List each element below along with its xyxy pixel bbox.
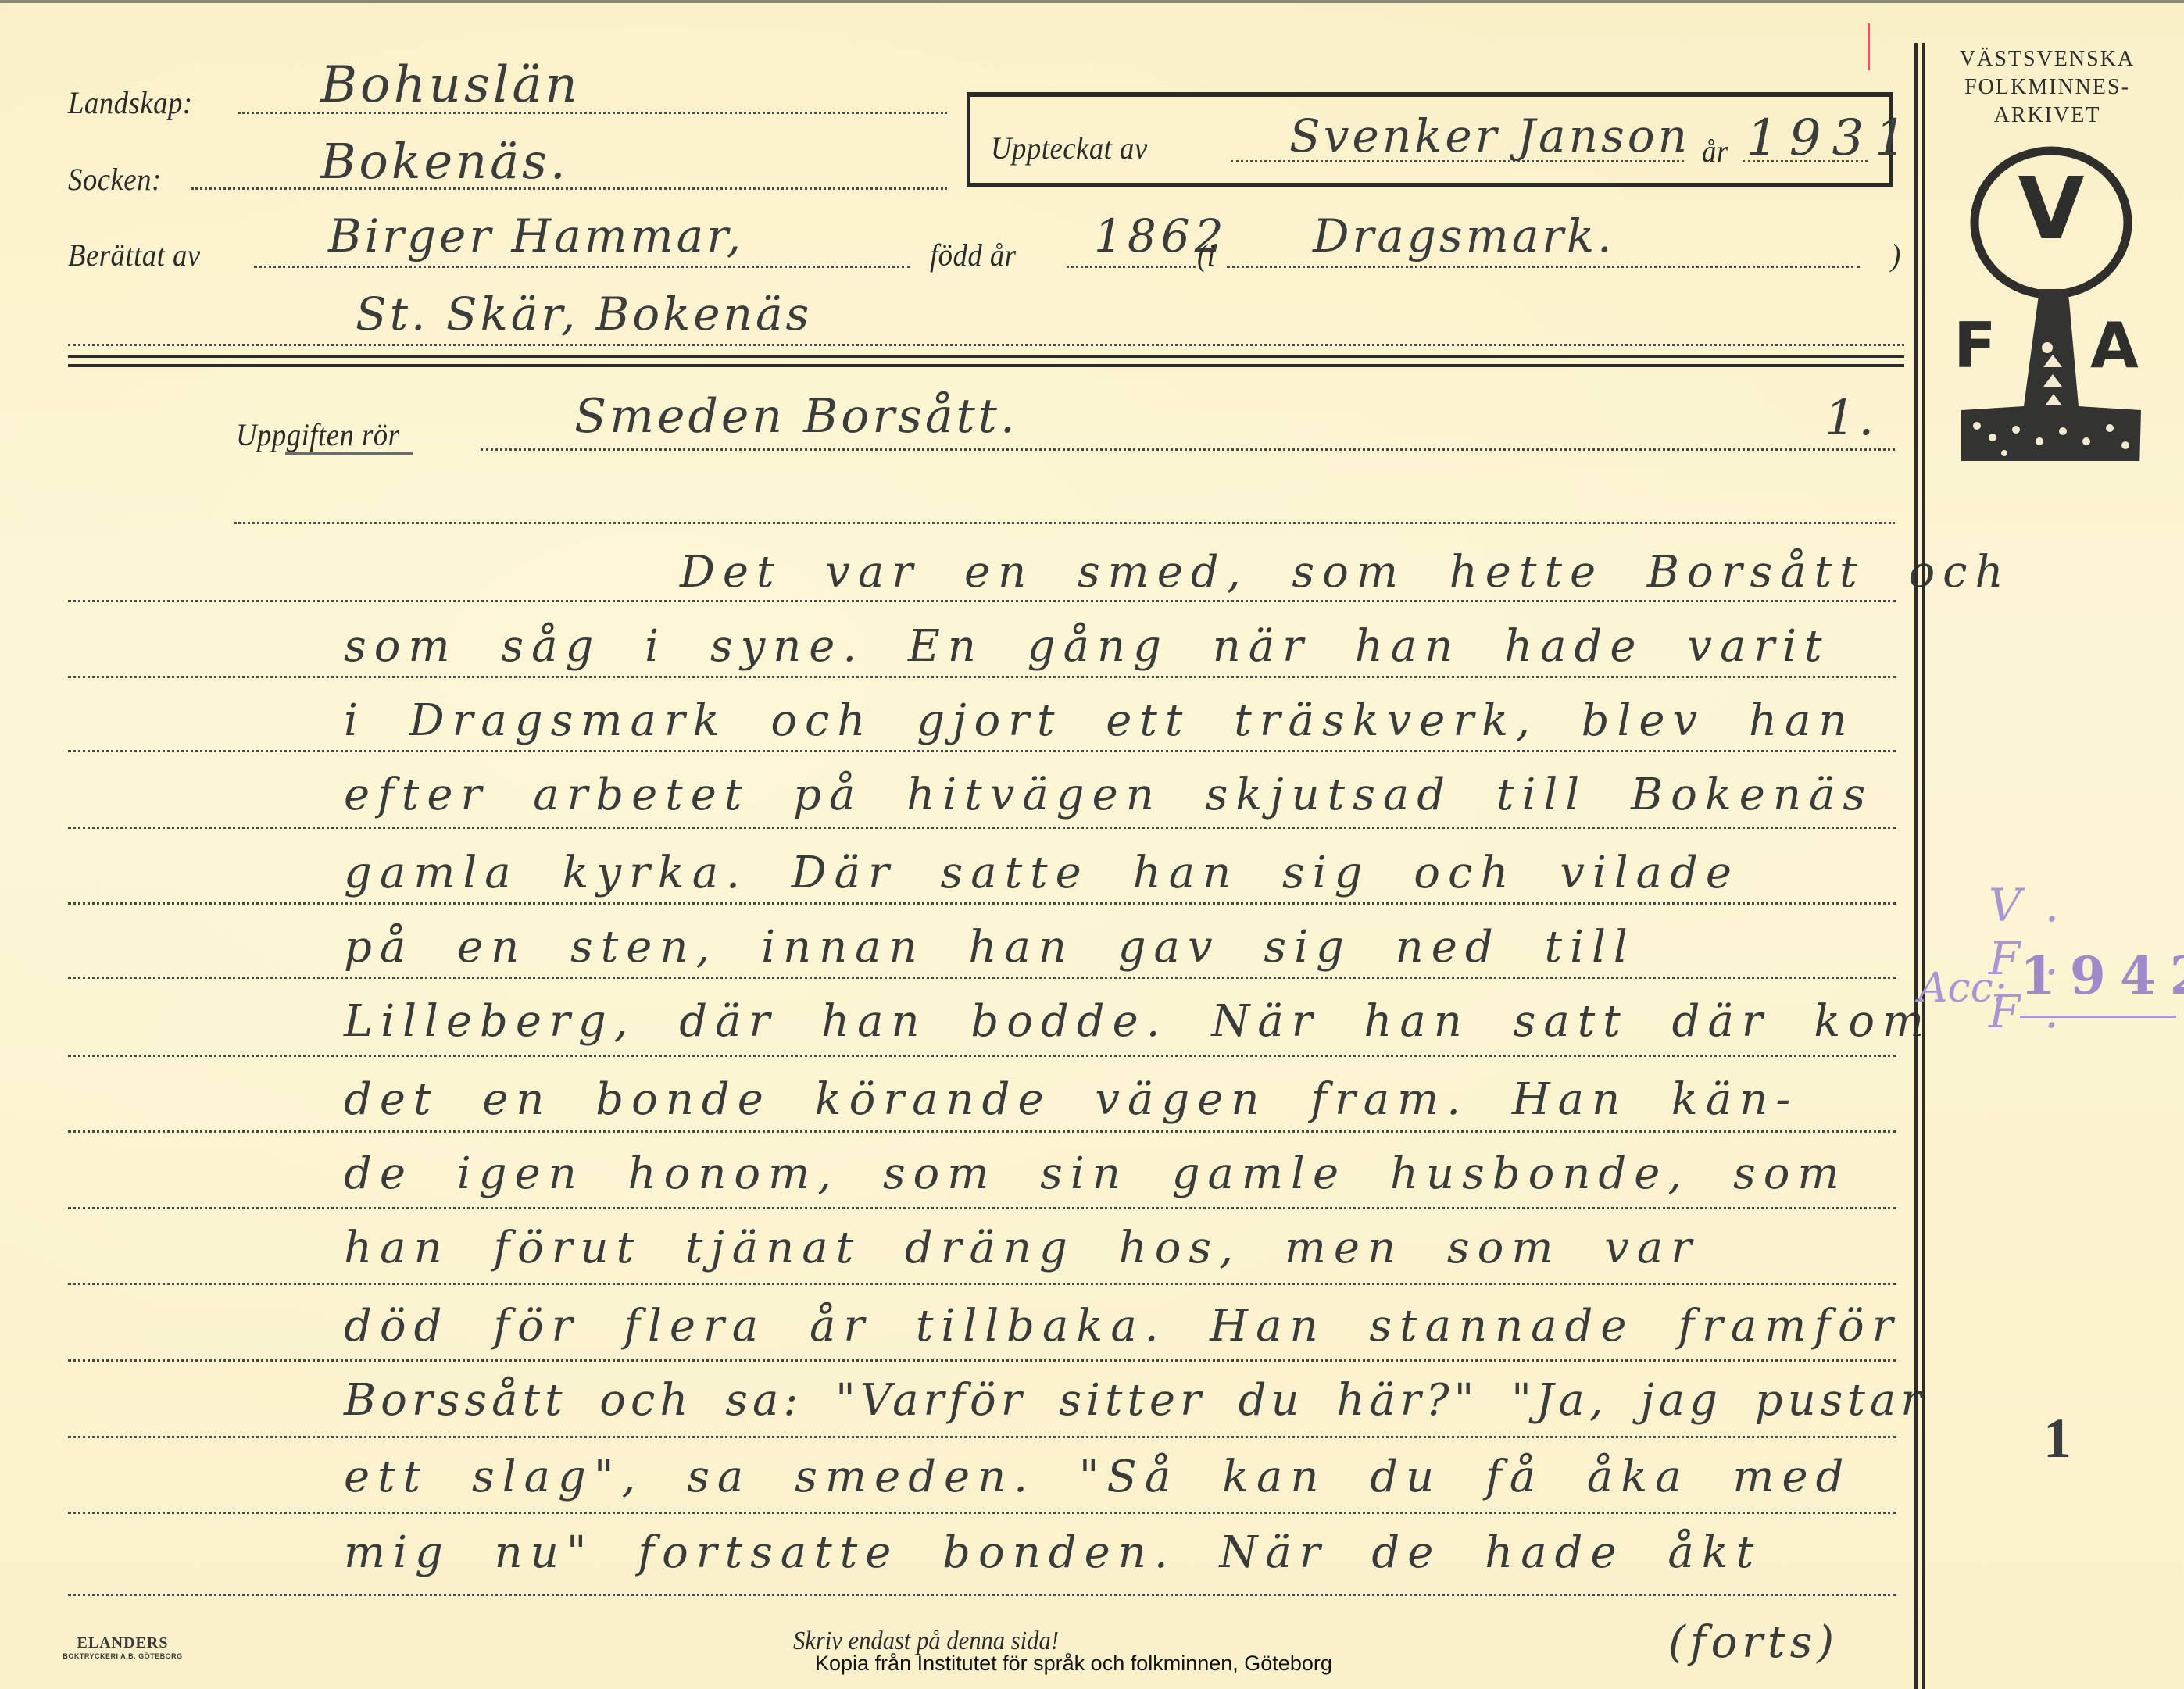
printer-name: ELANDERS <box>56 1634 189 1652</box>
place-close-paren: ) <box>1891 237 1901 273</box>
printer-subtitle: BOKTRYCKERI A.B. GÖTEBORG <box>56 1652 189 1660</box>
place-open-paren: (i <box>1197 237 1215 273</box>
body-line-8: det en bonde körande vägen fram. Han kän… <box>344 1074 1868 1125</box>
topic-underline <box>285 452 413 455</box>
separator-rule-top <box>68 355 1904 358</box>
ruled-line <box>68 1130 1896 1133</box>
svg-text:V: V <box>2018 159 2084 259</box>
body-line-11: död för flera år tillbaka. Han stannade … <box>344 1301 1868 1352</box>
accession-stamp: V. F. F. Acc: 1942 <box>1914 879 2184 1019</box>
address-dotted-line <box>68 344 1904 346</box>
archive-name: VÄSTSVENSKA FOLKMINNES- ARKIVET <box>1930 45 2164 130</box>
ruled-line <box>68 676 1896 678</box>
stamp-underline <box>2020 1016 2176 1018</box>
body-line-14: mig nu" fortsatte bonden. När de hade åk… <box>344 1527 1868 1578</box>
ruled-line <box>234 522 1895 524</box>
socken-dotted-line <box>191 187 947 190</box>
year-label: år <box>1702 133 1728 170</box>
landskap-value: Bohuslän <box>320 56 581 114</box>
upptecknat-value: Svenker Janson <box>1289 109 1690 162</box>
svg-text:F: F <box>1953 309 1996 382</box>
body-line-9: de igen honom, som sin gamle husbonde, s… <box>344 1148 1868 1199</box>
body-line-6: på en sten, innan han gav sig ned till <box>344 922 1868 973</box>
body-line-13: ett slag", sa smeden. "Så kan du få åka … <box>344 1452 1868 1502</box>
ruled-line <box>68 600 1896 602</box>
fodd-dotted-line <box>1067 266 1196 268</box>
place-dotted-line <box>1227 266 1860 268</box>
ruled-line <box>68 977 1896 979</box>
berattat-dotted-line <box>254 266 910 268</box>
body-line-7: Lilleberg, där han bodde. När han satt d… <box>344 996 1868 1047</box>
socken-label: Socken: <box>68 161 162 198</box>
body-line-5: gamla kyrka. Där satte han sig och vilad… <box>344 848 1868 898</box>
address-value: St. Skär, Bokenäs <box>356 287 812 341</box>
berattat-label: Berättat av <box>68 237 201 273</box>
uppgiften-dotted-line <box>481 448 1895 451</box>
body-line-12: Borssått och sa: "Varför sitter du här?"… <box>344 1375 1868 1426</box>
ruled-line <box>68 827 1896 829</box>
ruled-line <box>68 1283 1896 1285</box>
margin-divider <box>1922 43 1925 1689</box>
year-value: 1931 <box>1746 109 1918 167</box>
body-line-3: i Dragsmark och gjort ett träskverk, ble… <box>344 695 1868 746</box>
ruled-line <box>68 902 1896 905</box>
copy-notice: Kopia från Institutet för språk och folk… <box>815 1652 1332 1676</box>
stamp-acc-label: Acc: <box>1918 965 2007 1012</box>
archive-name-line-1: VÄSTSVENSKA <box>1930 45 2164 73</box>
separator-rule-bottom <box>68 364 1904 367</box>
body-line-10: han förut tjänat dräng hos, men som var <box>344 1223 1868 1273</box>
upptecknat-label: Uppteckat av <box>991 130 1148 166</box>
fodd-label: född år <box>930 237 1017 273</box>
sheet-number: 1. <box>1825 389 1877 446</box>
uppgiften-label: Uppgiften rör <box>236 416 399 453</box>
page-number: 1 <box>2043 1406 2071 1471</box>
body-line-4: efter arbetet på hitvägen skjutsad till … <box>344 770 1868 820</box>
ruled-line <box>68 750 1896 752</box>
topic-value: Smeden Borsått. <box>574 389 1018 444</box>
body-line-1: Det var en smed, som hette Borsått och <box>680 547 1899 598</box>
ruled-line <box>68 1359 1896 1362</box>
landskap-label: Landskap: <box>68 84 193 121</box>
red-pencil-mark <box>1868 23 1870 70</box>
socken-value: Bokenäs. <box>320 133 569 190</box>
ruled-line <box>68 1594 1896 1596</box>
stamp-acc-number: 1942 <box>2020 945 2184 1006</box>
scan-edge <box>0 0 2184 3</box>
archive-record-card: Landskap: Bohuslän Socken: Bokenäs. Uppt… <box>0 0 2184 1689</box>
printer-mark: ELANDERS BOKTRYCKERI A.B. GÖTEBORG <box>56 1634 189 1660</box>
continuation-note: (forts) <box>1668 1617 1839 1668</box>
ruled-line <box>68 1436 1896 1438</box>
thors-hammer-logo-icon: V F A <box>1930 125 2164 461</box>
margin-divider <box>1914 43 1918 1689</box>
place-value: Dragsmark. <box>1313 209 1615 262</box>
ruled-line <box>68 1512 1896 1514</box>
body-line-2: som såg i syne. En gång när han hade var… <box>344 621 1868 672</box>
ruled-line <box>68 1207 1896 1209</box>
berattat-value: Birger Hammar, <box>328 209 744 262</box>
svg-text:A: A <box>2090 309 2139 382</box>
ruled-line <box>68 1055 1896 1057</box>
archive-name-line-2: FOLKMINNES- <box>1930 73 2164 102</box>
